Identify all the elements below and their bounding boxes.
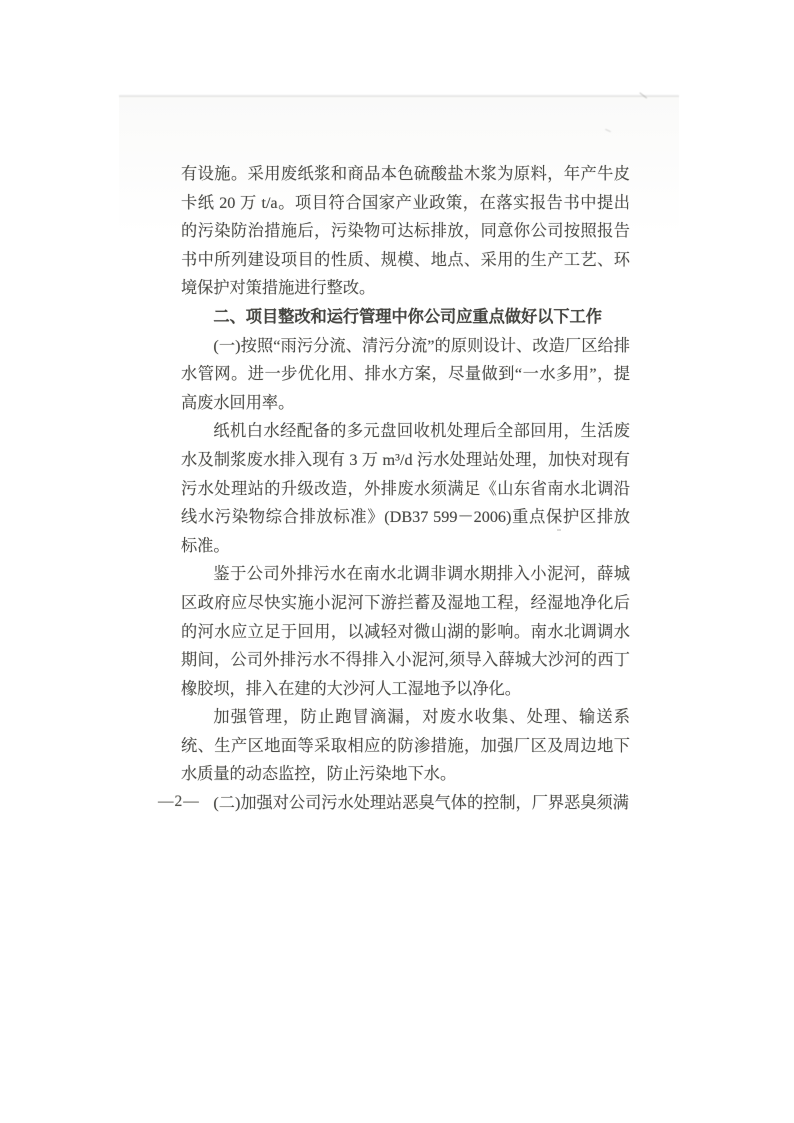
section-heading: 二、项目整改和运行管理中你公司应重点做好以下工作 [181, 303, 630, 332]
paragraph-river-discharge: 鉴于公司外排污水在南水北调非调水期排入小泥河，薛城区政府应尽快实施小泥河下游拦蓄… [181, 560, 630, 703]
scanned-document-page: 有设施。采用废纸浆和商品本色硫酸盐木浆为原料，年产牛皮卡纸 20 万 t/a。项… [0, 0, 794, 1123]
paragraph-item-2: (二)加强对公司污水处理站恶臭气体的控制，厂界恶臭须满 [181, 789, 630, 818]
paragraph-whitewater: 纸机白水经配备的多元盘回收机处理后全部回用，生活废水及制浆废水排入现有 3 万 … [181, 417, 630, 560]
page-number: —2— [158, 793, 200, 811]
paragraph-continuation: 有设施。采用废纸浆和商品本色硫酸盐木浆为原料，年产牛皮卡纸 20 万 t/a。项… [181, 160, 630, 303]
document-text-block: 有设施。采用废纸浆和商品本色硫酸盐木浆为原料，年产牛皮卡纸 20 万 t/a。项… [181, 160, 630, 818]
scan-paper-top-edge [119, 95, 679, 97]
paragraph-item-1: (一)按照“雨污分流、清污分流”的原则设计、改造厂区给排水管网。进一步优化用、排… [181, 332, 630, 418]
paragraph-groundwater: 加强管理，防止跑冒滴漏，对废水收集、处理、输送系统、生产区地面等采取相应的防渗措… [181, 703, 630, 789]
